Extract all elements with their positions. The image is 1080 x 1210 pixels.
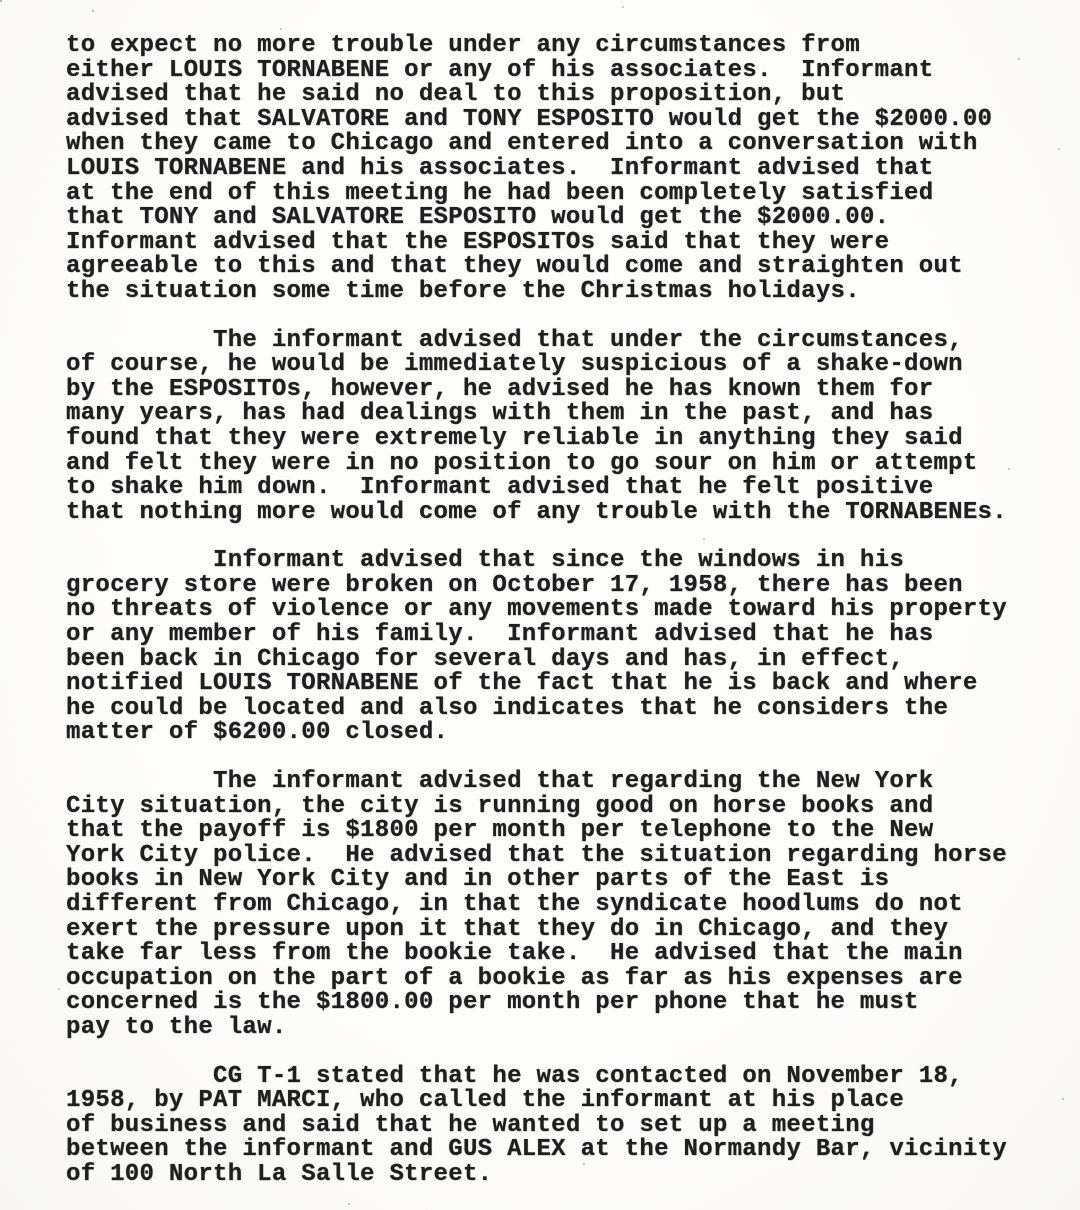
paragraph-tornabene-meeting: to expect no more trouble under any circ… [66,34,1040,305]
paragraph-cg-t1-pat-marci: CG T-1 stated that he was contacted on N… [66,1065,1040,1188]
paragraph-new-york-horse-books: The informant advised that regarding the… [66,770,1040,1041]
document-page: to expect no more trouble under any circ… [0,0,1080,1210]
paragraph-grocery-windows: Informant advised that since the windows… [66,549,1040,746]
paragraph-shakedown-suspicion: The informant advised that under the cir… [66,329,1040,526]
scan-speckles [0,0,2,2]
